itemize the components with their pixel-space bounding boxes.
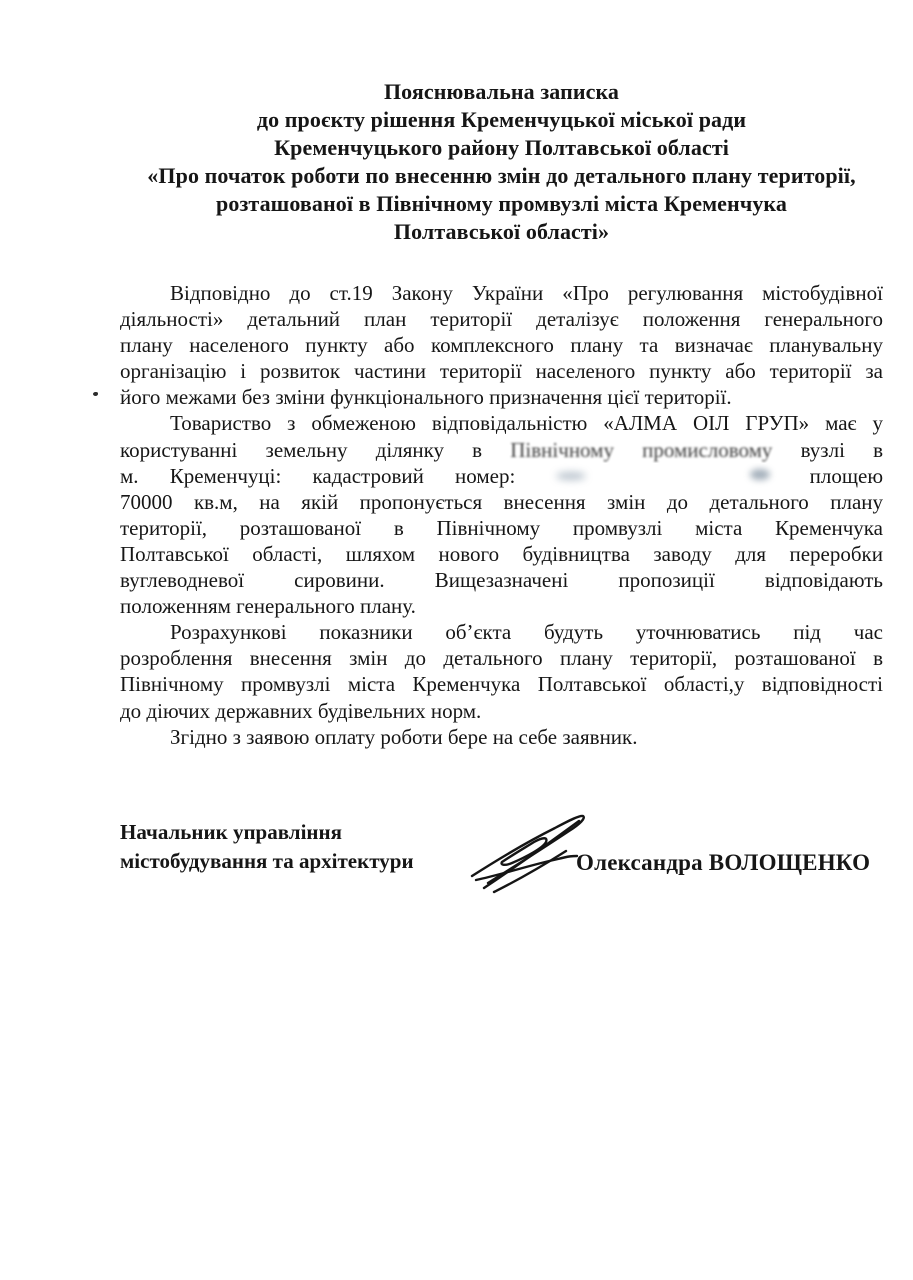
body-text: площею [810, 464, 883, 488]
document-page: Пояснювальна записка до проєкту рішення … [0, 0, 913, 1280]
margin-artifact-dot [93, 392, 98, 396]
body-line: його межами без зміни функціонального пр… [120, 384, 883, 410]
document-title: Пояснювальна записка до проєкту рішення … [120, 78, 883, 246]
body-text: користуванні земельну ділянку в [120, 438, 482, 462]
body-line: Згідно з заявою оплату роботи бере на се… [120, 724, 883, 750]
body-line: плану населеного пункту або комплексного… [120, 332, 883, 358]
title-line: Кременчуцького району Полтавської област… [120, 134, 883, 162]
body-line: організацію і розвиток частини території… [120, 358, 883, 384]
body-line: м. Кременчуці: кадастровий номер: площею [120, 463, 883, 489]
signatory-name: Олександра ВОЛОЩЕНКО [576, 849, 870, 877]
signatory-role: Начальник управління містобудування та а… [120, 818, 414, 875]
body-line: розроблення внесення змін до детального … [120, 645, 883, 671]
document-body: Відповідно до ст.19 Закону України «Про … [120, 280, 883, 750]
body-line: Відповідно до ст.19 Закону України «Про … [120, 280, 883, 306]
signatory-role-line: містобудування та архітектури [120, 847, 414, 876]
body-line: користуванні земельну ділянку в Північно… [120, 437, 883, 463]
title-line: розташованої в Північному промвузлі міст… [120, 190, 883, 218]
body-line: діяльності» детальний план території дет… [120, 306, 883, 332]
title-line: до проєкту рішення Кременчуцької міської… [120, 106, 883, 134]
title-line: «Про початок роботи по внесенню змін до … [120, 162, 883, 190]
redacted-cadastral-number [546, 467, 778, 483]
body-line: Полтавської області, шляхом нового будів… [120, 541, 883, 567]
signatory-role-line: Начальник управління [120, 818, 414, 847]
body-line: території, розташованої в Північному про… [120, 515, 883, 541]
title-line: Пояснювальна записка [120, 78, 883, 106]
body-line: до діючих державних будівельних норм. [120, 698, 883, 724]
body-text: м. Кременчуці: кадастровий номер: [120, 464, 515, 488]
title-line: Полтавської області» [120, 218, 883, 246]
body-text: вузлі в [801, 438, 883, 462]
body-line: Розрахункові показники об’єкта будуть ут… [120, 619, 883, 645]
body-line: 70000 кв.м, на якій пропонується внесенн… [120, 489, 883, 515]
body-line: положенням генерального плану. [120, 593, 883, 619]
body-line: Товариство з обмеженою відповідальністю … [120, 410, 883, 436]
body-line: вуглеводневої сировини. Вищезазначені пр… [120, 567, 883, 593]
handwritten-signature [452, 798, 612, 898]
smudged-text: Північному промисловому [510, 438, 772, 462]
body-line: Північному промвузлі міста Кременчука По… [120, 671, 883, 697]
